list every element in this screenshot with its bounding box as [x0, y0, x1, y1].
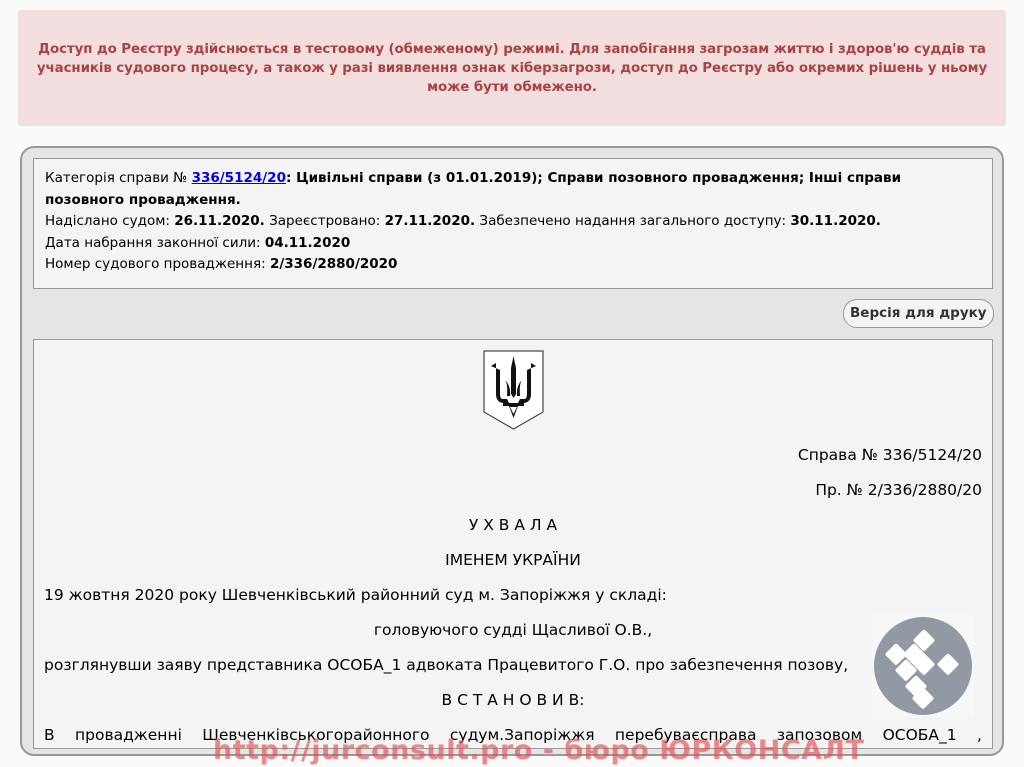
registered-date: 27.11.2020. — [385, 213, 476, 229]
case-category-line: Категорія справи № 336/5124/20: Цивільні… — [45, 168, 981, 211]
effective-date-value: 04.11.2020 — [265, 235, 350, 251]
puzzle-pieces-logo-icon — [872, 615, 974, 717]
sent-date: 26.11.2020. — [174, 213, 265, 229]
alert-text: Доступ до Реєстру здійснюється в тестово… — [34, 40, 990, 97]
proceeding-number-label: Номер судового провадження: — [45, 256, 270, 272]
public-access-date: 30.11.2020. — [790, 213, 881, 229]
case-number-link[interactable]: 336/5124/20 — [192, 170, 286, 186]
considered-line: розглянувши заяву представника ОСОБА_1 а… — [44, 655, 982, 675]
body-word: В — [44, 725, 55, 745]
decision-subtitle: ІМЕНЕМ УКРАЇНИ — [44, 550, 982, 570]
registered-label: Зареєстровано: — [265, 213, 385, 229]
effective-date-label: Дата набрання законної сили: — [45, 235, 265, 251]
public-access-label: Забезпечено надання загального доступу: — [475, 213, 790, 229]
category-label: Категорія справи № — [45, 170, 192, 186]
print-version-button[interactable]: Версія для друку — [843, 299, 994, 328]
judge-line: головуючого судді Щасливої О.В., — [44, 620, 982, 640]
proceeding-number-value: 2/336/2880/2020 — [270, 256, 398, 272]
proceeding-number-line: Номер судового провадження: 2/336/2880/2… — [45, 254, 981, 276]
decision-document: Справа № 336/5124/20 Пр. № 2/336/2880/20… — [33, 339, 993, 749]
restricted-access-alert: Доступ до Реєстру здійснюється в тестово… — [18, 10, 1006, 126]
case-info-box: Категорія справи № 336/5124/20: Цивільні… — [33, 158, 993, 289]
case-number-line: Справа № 336/5124/20 — [44, 445, 982, 465]
sent-label: Надіслано судом: — [45, 213, 174, 229]
decision-title: У Х В А Л А — [44, 515, 982, 535]
established-heading: В С Т А Н О В И В: — [44, 690, 982, 710]
body-word: провадженні — [75, 725, 182, 745]
dates-line: Надіслано судом: 26.11.2020. Зареєстрова… — [45, 211, 981, 233]
proceeding-number-line-doc: Пр. № 2/336/2880/20 — [44, 480, 982, 500]
body-word: , — [977, 725, 982, 745]
site-watermark: http://jurconsult.pro - бюро ЮРКОНСАЛТ — [213, 736, 864, 766]
body-word: ОСОБА_1 — [883, 725, 957, 745]
effective-date-line: Дата набрання законної сили: 04.11.2020 — [45, 233, 981, 255]
decision-panel: Категорія справи № 336/5124/20: Цивільні… — [20, 146, 1004, 756]
date-court-line: 19 жовтня 2020 року Шевченківський район… — [44, 585, 982, 605]
ukraine-trident-emblem-icon — [483, 350, 544, 430]
